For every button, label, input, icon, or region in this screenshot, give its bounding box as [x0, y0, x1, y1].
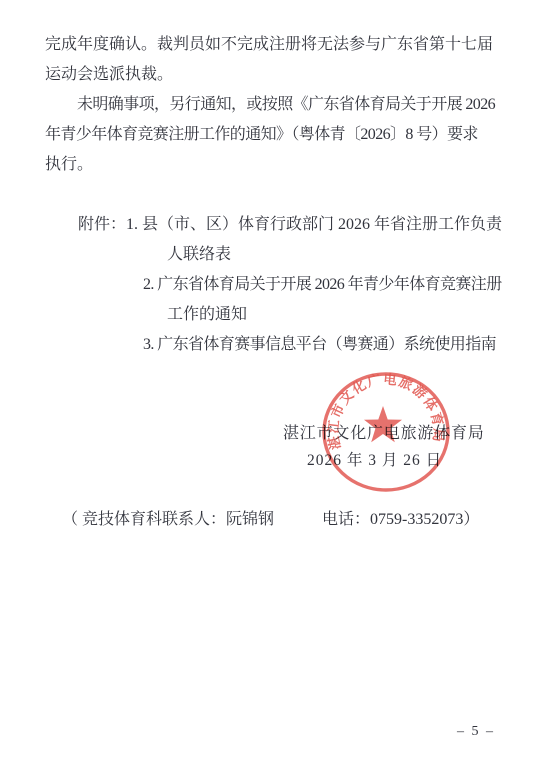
- attachment-line-2: 2. 广东省体育局关于开展 2026 年青少年体育竞赛注册: [143, 270, 502, 300]
- body-line-1: 完成年度确认。裁判员如不完成注册将无法参与广东省第十七届: [45, 30, 515, 60]
- body-line-4: 年青少年体育竞赛注册工作的通知》（粤体青〔2026〕8 号）要求: [45, 120, 515, 150]
- signature-date: 2026 年 3 月 26 日: [307, 448, 442, 470]
- page-number: – 5 –: [457, 724, 495, 740]
- document-page: 完成年度确认。裁判员如不完成注册将无法参与广东省第十七届 运动会选派执裁。 未明…: [0, 0, 555, 778]
- contact-info-line: （ 竞技体育科联系人：阮锦钢 电话：0759-3352073）: [62, 506, 479, 529]
- body-paragraphs: 完成年度确认。裁判员如不完成注册将无法参与广东省第十七届 运动会选派执裁。 未明…: [45, 30, 515, 180]
- attachment-list: 附件：1. 县（市、区）体育行政部门 2026 年省注册工作负责 人联络表 2.…: [45, 210, 502, 360]
- body-line-2: 运动会选派执裁。: [45, 60, 515, 90]
- attachment-line-1: 附件：1. 县（市、区）体育行政部门 2026 年省注册工作负责: [78, 210, 502, 240]
- signature-org-name: 湛江市文化广电旅游体育局: [283, 420, 485, 443]
- body-line-3: 未明确事项，另行通知，或按照《广东省体育局关于开展 2026: [45, 90, 515, 120]
- attachment-line-1-cont: 人联络表: [167, 240, 502, 270]
- attachment-line-3: 3. 广东省体育赛事信息平台（粤赛通）系统使用指南: [143, 330, 502, 360]
- attachment-line-2-cont: 工作的通知: [167, 300, 502, 330]
- body-line-5: 执行。: [45, 150, 515, 180]
